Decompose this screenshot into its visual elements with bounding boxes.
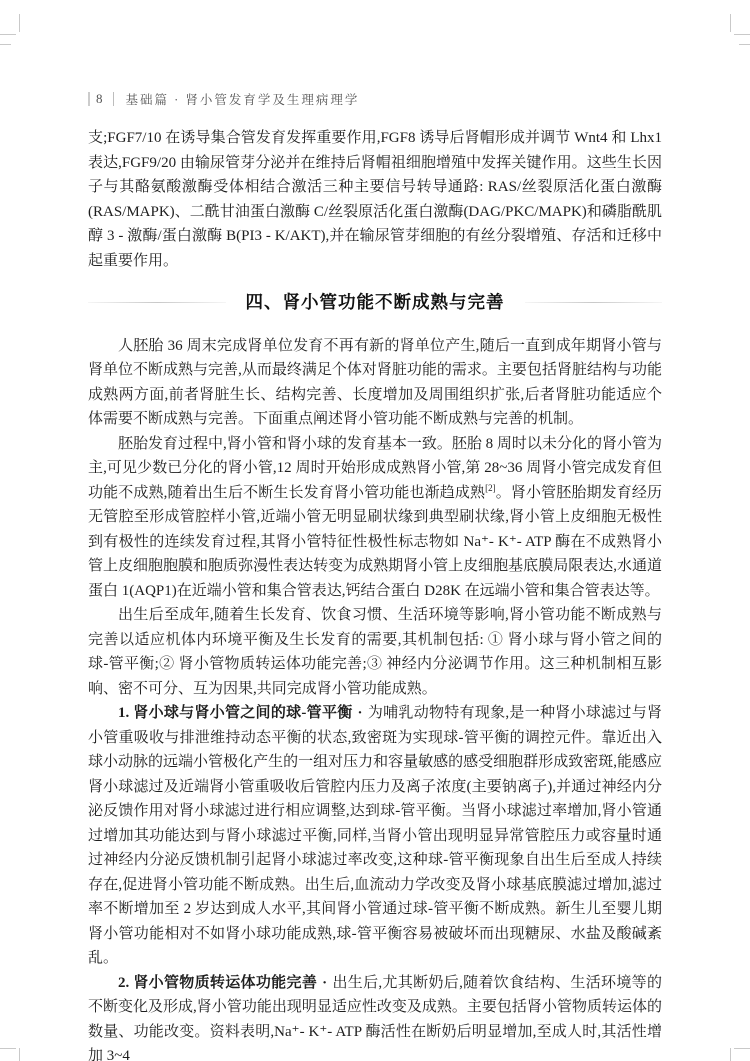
page-header: 8 基础篇 · 肾小管发育学及生理病理学 [88, 90, 662, 108]
crop-mark-bottom-left-horizontal [0, 1048, 16, 1049]
page-number: 8 [96, 91, 103, 107]
crop-mark-top-left-horizontal-2 [0, 44, 11, 45]
paragraph-nephron-maturation: 人胚胎 36 周末完成肾单位发育不再有新的肾单位产生,随后一直到成年期肾小管与肾… [88, 334, 662, 432]
crop-mark-top-right-vertical [730, 14, 731, 32]
paragraph-embryo-text-post: 。肾小管胚胎期发育经历无管腔至形成管腔样小管,近端小管无明显刷状缘到典型刷状缘,… [88, 485, 662, 599]
heading-rule-left [88, 302, 226, 303]
heading-rule-right [525, 302, 663, 303]
crop-mark-top-left-vertical [19, 14, 20, 32]
page-body: 支;FGF7/10 在诱导集合管发育发挥重要作用,FGF8 诱导后肾帽形成并调节… [88, 126, 662, 1061]
book-page: 8 基础篇 · 肾小管发育学及生理病理学 支;FGF7/10 在诱导集合管发育发… [0, 0, 750, 1061]
crop-mark-bottom-left-vertical [19, 1048, 20, 1061]
header-divider-inner [113, 92, 114, 106]
reference-marker: [2] [485, 483, 496, 493]
list-item-glomerulotubular-balance: 1. 肾小球与肾小管之间的球-管平衡·为哺乳动物特有现象,是一种肾小球滤过与肾小… [88, 701, 662, 971]
crop-mark-bottom-right-horizontal [734, 1048, 750, 1049]
crop-mark-top-left-horizontal [0, 34, 16, 35]
crop-mark-bottom-right-vertical [730, 1048, 731, 1061]
list-item-1-body: 为哺乳动物特有现象,是一种肾小球滤过与肾小管重吸收与排泄维持动态平衡的状态,致密… [88, 705, 662, 966]
crop-mark-top-right-horizontal [734, 34, 750, 35]
list-item-1-label: 1. 肾小球与肾小管之间的球-管平衡 [118, 705, 353, 721]
paragraph-embryonic-development: 胚胎发育过程中,肾小管和肾小球的发育基本一致。胚胎 8 周时以未分化的肾小管为主… [88, 432, 662, 604]
section-heading: 四、肾小管功能不断成熟与完善 [246, 290, 505, 315]
list-item-2-separator-dot: · [322, 975, 327, 991]
paragraph-mechanisms-overview: 出生后至成年,随着生长发育、饮食习惯、生活环境等影响,肾小管功能不断成熟与完善以… [88, 603, 662, 701]
running-head-title: 基础篇 · 肾小管发育学及生理病理学 [126, 90, 360, 108]
list-item-2-label: 2. 肾小管物质转运体功能完善 [118, 975, 317, 991]
crop-mark-top-right-horizontal-2 [739, 44, 750, 45]
paragraph-fgf-continuation: 支;FGF7/10 在诱导集合管发育发挥重要作用,FGF8 诱导后肾帽形成并调节… [88, 126, 662, 273]
list-item-1-separator-dot: · [358, 705, 363, 721]
header-divider-outer [88, 92, 90, 106]
section-heading-row: 四、肾小管功能不断成熟与完善 [88, 290, 662, 315]
list-item-transporter-maturation: 2. 肾小管物质转运体功能完善·出生后,尤其断奶后,随着饮食结构、生活环境等的不… [88, 971, 662, 1061]
